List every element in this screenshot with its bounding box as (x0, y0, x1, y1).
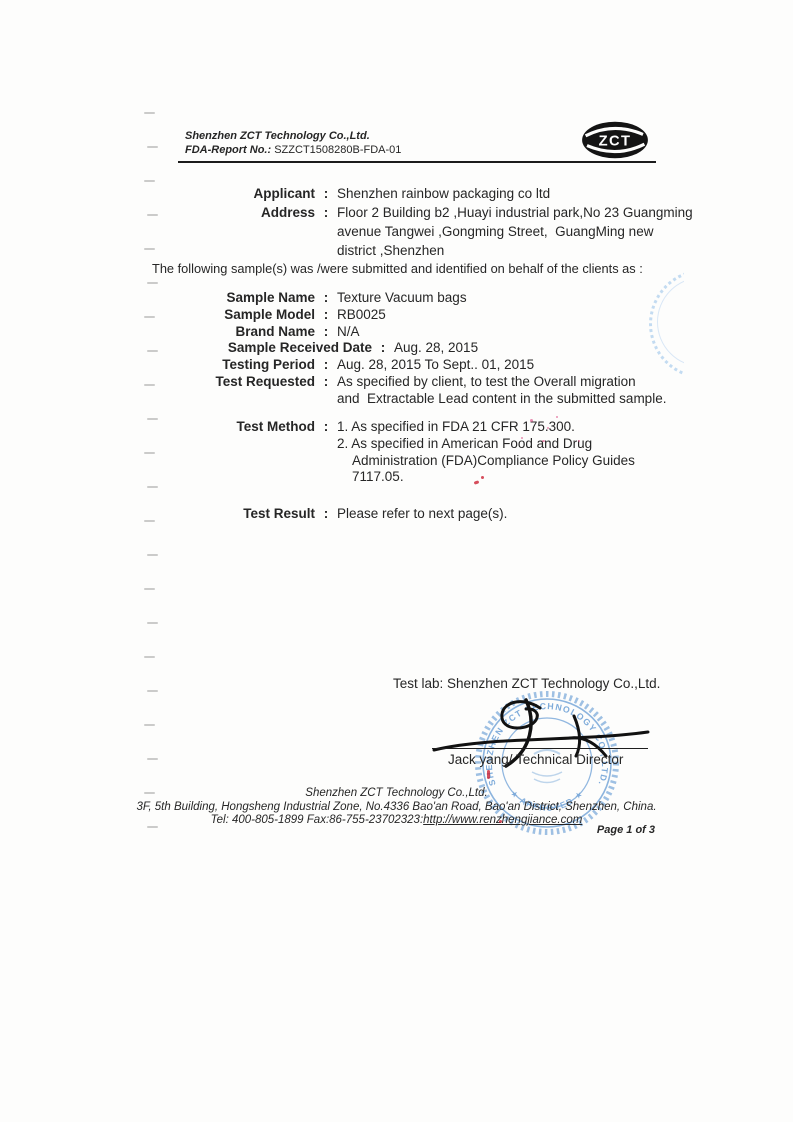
zct-logo-text: ZCT (599, 134, 632, 150)
sample-model-row: Sample Model : RB0025 (0, 307, 793, 324)
report-number-value: SZZCT1508280B-FDA-01 (274, 144, 401, 156)
ink-speck (547, 427, 549, 429)
red-pen-mark (499, 820, 502, 823)
testing-period-value: Aug. 28, 2015 To Sept.. 01, 2015 (337, 357, 534, 374)
footer-address: 3F, 5th Building, Hongsheng Industrial Z… (0, 801, 793, 814)
red-pen-mark (487, 770, 490, 779)
testing-period-label: Testing Period (0, 357, 315, 374)
footer-company: Shenzhen ZCT Technology Co.,Ltd. (0, 787, 793, 800)
received-date-label: Sample Received Date (0, 340, 372, 357)
report-number-label: FDA-Report No.: (185, 144, 271, 156)
header-divider (178, 161, 656, 163)
sample-section: Sample Name : Texture Vacuum bags Sample… (0, 290, 793, 408)
colon: : (315, 184, 337, 203)
test-method-row: Test Method : 1. As specified in FDA 21 … (0, 419, 793, 486)
red-pen-mark (481, 476, 484, 479)
applicant-value: Shenzhen rainbow packaging co ltd (337, 184, 550, 203)
test-result-row: Test Result : Please refer to next page(… (0, 506, 793, 523)
signature-line (432, 748, 648, 749)
colon: : (315, 419, 337, 436)
ink-speck (521, 437, 523, 439)
colon: : (315, 357, 337, 374)
colon: : (315, 506, 337, 523)
test-requested-row: Test Requested : As specified by client,… (0, 374, 793, 408)
colon: : (315, 374, 337, 391)
test-result-label: Test Result (0, 506, 315, 523)
test-requested-label: Test Requested (0, 374, 315, 391)
report-page: Shenzhen ZCT Technology Co.,Ltd. FDA-Rep… (0, 0, 793, 1122)
footer-contact: Tel: 400-805-1899 Fax:86-755-23702323:ht… (0, 814, 793, 827)
brand-name-value: N/A (337, 324, 360, 341)
brand-name-label: Brand Name (0, 324, 315, 341)
test-result-section: Test Result : Please refer to next page(… (0, 506, 793, 523)
colon: : (372, 340, 394, 357)
colon: : (315, 324, 337, 341)
address-row: Address : Floor 2 Building b2 ,Huayi ind… (0, 203, 793, 260)
test-method-section: Test Method : 1. As specified in FDA 21 … (0, 419, 793, 486)
signatory-name-title: Jack yang/ Technical Director (448, 752, 623, 767)
applicant-section: Applicant : Shenzhen rainbow packaging c… (0, 184, 793, 260)
ink-speck (530, 419, 533, 422)
colon: : (315, 307, 337, 324)
test-requested-value: As specified by client, to test the Over… (337, 374, 666, 408)
sample-model-value: RB0025 (337, 307, 386, 324)
received-date-value: Aug. 28, 2015 (394, 340, 478, 357)
intro-text: The following sample(s) was /were submit… (152, 261, 643, 276)
footer-url: http://www.renzhengjiance.com (423, 814, 582, 826)
ink-speck (578, 440, 580, 442)
colon: : (315, 203, 337, 222)
address-value: Floor 2 Building b2 ,Huayi industrial pa… (337, 203, 693, 260)
colon: : (315, 290, 337, 307)
page-number: Page 1 of 3 (597, 824, 655, 836)
test-method-label: Test Method (0, 419, 315, 436)
header-company-name: Shenzhen ZCT Technology Co.,Ltd. (185, 129, 401, 143)
testing-period-row: Testing Period : Aug. 28, 2015 To Sept..… (0, 357, 793, 374)
sample-name-value: Texture Vacuum bags (337, 290, 467, 307)
sample-name-row: Sample Name : Texture Vacuum bags (0, 290, 793, 307)
ink-speck (556, 416, 558, 418)
sample-model-label: Sample Model (0, 307, 315, 324)
applicant-row: Applicant : Shenzhen rainbow packaging c… (0, 184, 793, 203)
zct-logo-icon: ZCT (580, 119, 650, 161)
report-header: Shenzhen ZCT Technology Co.,Ltd. FDA-Rep… (185, 129, 401, 157)
received-date-row: Sample Received Date : Aug. 28, 2015 (0, 340, 793, 357)
sample-name-label: Sample Name (0, 290, 315, 307)
test-method-value: 1. As specified in FDA 21 CFR 175.300. 2… (337, 419, 635, 486)
report-footer: Shenzhen ZCT Technology Co.,Ltd. 3F, 5th… (0, 787, 793, 828)
ink-speck (542, 440, 545, 442)
brand-name-row: Brand Name : N/A (0, 324, 793, 341)
address-label: Address (0, 203, 315, 222)
footer-tel-fax: Tel: 400-805-1899 Fax:86-755-23702323: (211, 814, 424, 826)
test-result-value: Please refer to next page(s). (337, 506, 507, 523)
applicant-label: Applicant (0, 184, 315, 203)
